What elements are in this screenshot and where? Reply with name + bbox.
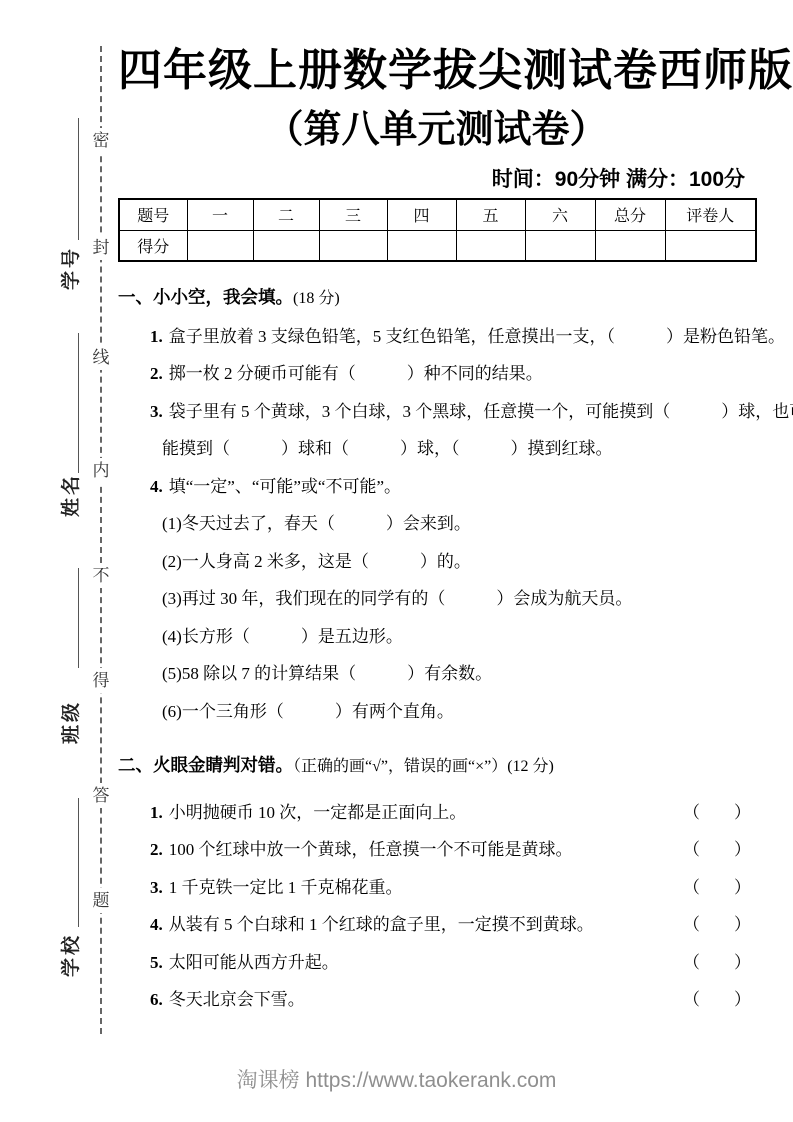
fill-subquestion: (5)58 除以 7 的计算结果（ ）有余数。 bbox=[118, 655, 755, 693]
question-text: (3)再过 30 年，我们现在的同学有的（ ）会成为航天员。 bbox=[162, 589, 632, 608]
judge-question-text: 5.太阳可能从西方升起。 bbox=[150, 944, 683, 982]
score-table-score-row: 得分 bbox=[119, 230, 756, 261]
school-label: 学校 bbox=[47, 932, 91, 978]
name-blank-line bbox=[78, 333, 79, 473]
answer-bracket: （ ） bbox=[683, 981, 751, 1019]
score-cell-empty bbox=[665, 230, 756, 261]
answer-bracket: （ ） bbox=[683, 869, 751, 907]
question-number: 4. bbox=[150, 915, 163, 934]
paper-title: 四年级上册数学拔尖测试卷西师版 bbox=[118, 40, 755, 102]
fill-subquestion: (6)一个三角形（ ）有两个直角。 bbox=[118, 693, 755, 731]
judge-question: 3.1 千克铁一定比 1 千克棉花重。 （ ） bbox=[118, 869, 755, 907]
score-table-header-cell: 一 bbox=[187, 199, 253, 230]
judge-question: 6.冬天北京会下雪。 （ ） bbox=[118, 981, 755, 1019]
score-table-header-cell: 总分 bbox=[595, 199, 665, 230]
judge-question-text: 4.从装有 5 个白球和 1 个红球的盒子里，一定摸不到黄球。 bbox=[150, 906, 683, 944]
question-number: 2. bbox=[150, 840, 163, 859]
score-table-header-cell: 二 bbox=[253, 199, 319, 230]
answer-bracket: （ ） bbox=[683, 794, 751, 832]
question-number: 4. bbox=[150, 477, 163, 496]
question-number: 5. bbox=[150, 953, 163, 972]
section2-instructions-note: （正确的画“√”，错误的画“×”）(12 分) bbox=[293, 758, 554, 775]
judge-question-text: 3.1 千克铁一定比 1 千克棉花重。 bbox=[150, 869, 683, 907]
question-number: 1. bbox=[150, 327, 163, 346]
question-text: 能摸到（ ）球和（ ）球，（ ）摸到红球。 bbox=[162, 439, 613, 458]
question-text: 小明抛硬币 10 次，一定都是正面向上。 bbox=[169, 803, 467, 822]
judge-question-text: 1.小明抛硬币 10 次，一定都是正面向上。 bbox=[150, 794, 683, 832]
seal-char: 线 bbox=[90, 345, 112, 370]
class-label: 班级 bbox=[47, 699, 91, 745]
section1-heading: 一、小小空，我会填。(18 分) bbox=[118, 279, 755, 318]
site-watermark: 淘课榜 https://www.taokerank.com bbox=[0, 1064, 793, 1094]
fill-subquestion: (2)一人身高 2 米多，这是（ ）的。 bbox=[118, 543, 755, 581]
question-text: 盒子里放着 3 支绿色铅笔，5 支红色铅笔，任意摸出一支，（ ）是粉色铅笔。 bbox=[169, 327, 785, 346]
question-text: (1)冬天过去了，春天（ ）会来到。 bbox=[162, 514, 471, 533]
seal-char: 题 bbox=[90, 888, 112, 913]
school-blank-line bbox=[78, 798, 79, 927]
time-and-score-info: 时间：90分钟 满分：100分 bbox=[118, 166, 745, 194]
question-text: (6)一个三角形（ ）有两个直角。 bbox=[162, 702, 454, 721]
answer-bracket: （ ） bbox=[683, 944, 751, 982]
question-text: 1 千克铁一定比 1 千克棉花重。 bbox=[169, 878, 403, 897]
fill-question: 1.盒子里放着 3 支绿色铅笔，5 支红色铅笔，任意摸出一支，（ ）是粉色铅笔。 bbox=[118, 318, 755, 356]
fill-subquestion: (1)冬天过去了，春天（ ）会来到。 bbox=[118, 505, 755, 543]
score-cell-empty bbox=[456, 230, 525, 261]
seal-char: 得 bbox=[90, 668, 112, 693]
answer-bracket: （ ） bbox=[683, 831, 751, 869]
score-row-label: 得分 bbox=[119, 230, 187, 261]
seal-char: 答 bbox=[90, 783, 112, 808]
class-blank-line bbox=[78, 568, 79, 668]
paper-main-column: 四年级上册数学拔尖测试卷西师版 （第八单元测试卷） 时间：90分钟 满分：100… bbox=[118, 0, 755, 1019]
score-table-header-cell: 四 bbox=[387, 199, 456, 230]
question-text: 冬天北京会下雪。 bbox=[169, 990, 305, 1009]
score-table-header-cell: 评卷人 bbox=[665, 199, 756, 230]
question-number: 2. bbox=[150, 364, 163, 383]
score-table-header-cell: 题号 bbox=[119, 199, 187, 230]
question-text: (2)一人身高 2 米多，这是（ ）的。 bbox=[162, 552, 471, 571]
paper-subtitle: （第八单元测试卷） bbox=[118, 104, 755, 156]
student-id-label: 学号 bbox=[47, 245, 91, 291]
score-table-header-cell: 五 bbox=[456, 199, 525, 230]
score-table-header-cell: 三 bbox=[319, 199, 387, 230]
question-number: 1. bbox=[150, 803, 163, 822]
score-table: 题号 一 二 三 四 五 六 总分 评卷人 得分 bbox=[118, 198, 757, 262]
score-table-header-cell: 六 bbox=[525, 199, 595, 230]
question-text: 掷一枚 2 分硬币可能有（ ）种不同的结果。 bbox=[169, 364, 543, 383]
judge-question: 2.100 个红球中放一个黄球，任意摸一个不可能是黄球。 （ ） bbox=[118, 831, 755, 869]
judge-question-text: 2.100 个红球中放一个黄球，任意摸一个不可能是黄球。 bbox=[150, 831, 683, 869]
question-text: (4)长方形（ ）是五边形。 bbox=[162, 627, 403, 646]
question-text: 太阳可能从西方升起。 bbox=[169, 953, 339, 972]
question-text: 袋子里有 5 个黄球，3 个白球，3 个黑球，任意摸一个，可能摸到（ ）球，也可 bbox=[169, 402, 793, 421]
score-cell-empty bbox=[187, 230, 253, 261]
fill-subquestion: (3)再过 30 年，我们现在的同学有的（ ）会成为航天员。 bbox=[118, 580, 755, 618]
question-number: 3. bbox=[150, 878, 163, 897]
fill-subquestion: (4)长方形（ ）是五边形。 bbox=[118, 618, 755, 656]
student-id-blank-line bbox=[78, 118, 79, 240]
judge-question: 4.从装有 5 个白球和 1 个红球的盒子里，一定摸不到黄球。 （ ） bbox=[118, 906, 755, 944]
seal-char: 内 bbox=[90, 458, 112, 483]
section2-heading: 二、火眼金睛判对错。（正确的画“√”，错误的画“×”）(12 分) bbox=[118, 747, 755, 786]
fill-question-continuation: 能摸到（ ）球和（ ）球，（ ）摸到红球。 bbox=[118, 430, 755, 468]
section2-heading-text: 二、火眼金睛判对错。 bbox=[118, 755, 293, 775]
section1-heading-text: 一、小小空，我会填。 bbox=[118, 287, 293, 307]
score-cell-empty bbox=[253, 230, 319, 261]
answer-bracket: （ ） bbox=[683, 906, 751, 944]
section1-points-note: (18 分) bbox=[293, 290, 340, 307]
score-table-header-row: 题号 一 二 三 四 五 六 总分 评卷人 bbox=[119, 199, 756, 230]
judge-questions: 1.小明抛硬币 10 次，一定都是正面向上。 （ ） 2.100 个红球中放一个… bbox=[118, 794, 755, 1019]
questions-body: 一、小小空，我会填。(18 分) 1.盒子里放着 3 支绿色铅笔，5 支红色铅笔… bbox=[118, 279, 755, 1019]
question-text: 填“一定”、“可能”或“不可能”。 bbox=[169, 477, 401, 496]
seal-dashed-line bbox=[100, 46, 102, 1034]
question-number: 3. bbox=[150, 402, 163, 421]
judge-question-text: 6.冬天北京会下雪。 bbox=[150, 981, 683, 1019]
fill-question: 2.掷一枚 2 分硬币可能有（ ）种不同的结果。 bbox=[118, 355, 755, 393]
judge-question: 1.小明抛硬币 10 次，一定都是正面向上。 （ ） bbox=[118, 794, 755, 832]
seal-char: 密 bbox=[90, 128, 112, 153]
test-paper-page: 密 封 线 内 不 得 答 题 学号 姓名 班级 学校 四年级上册数学拔尖测试卷… bbox=[0, 0, 793, 1122]
judge-question: 5.太阳可能从西方升起。 （ ） bbox=[118, 944, 755, 982]
score-cell-empty bbox=[319, 230, 387, 261]
question-number: 6. bbox=[150, 990, 163, 1009]
score-cell-empty bbox=[595, 230, 665, 261]
question-text: 从装有 5 个白球和 1 个红球的盒子里，一定摸不到黄球。 bbox=[169, 915, 594, 934]
score-cell-empty bbox=[525, 230, 595, 261]
fill-question: 3.袋子里有 5 个黄球，3 个白球，3 个黑球，任意摸一个，可能摸到（ ）球，… bbox=[118, 393, 755, 431]
question-text: 100 个红球中放一个黄球，任意摸一个不可能是黄球。 bbox=[169, 840, 573, 859]
name-label: 姓名 bbox=[47, 472, 91, 518]
seal-char: 封 bbox=[90, 235, 112, 260]
fill-question: 4.填“一定”、“可能”或“不可能”。 bbox=[118, 468, 755, 506]
score-cell-empty bbox=[387, 230, 456, 261]
question-text: (5)58 除以 7 的计算结果（ ）有余数。 bbox=[162, 664, 492, 683]
seal-char: 不 bbox=[90, 563, 112, 588]
